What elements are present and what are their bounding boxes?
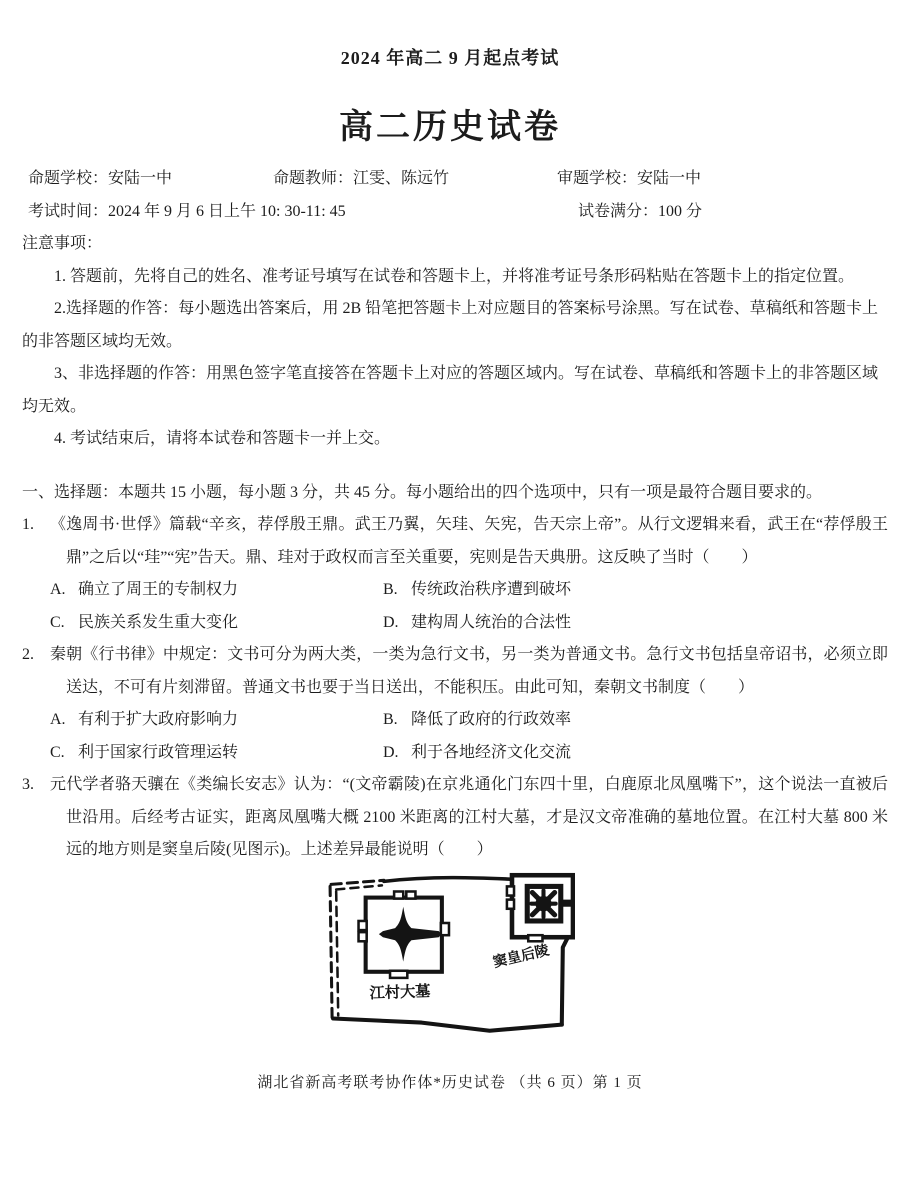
setter-teacher: 命题教师：江雯、陈远竹 bbox=[273, 162, 449, 195]
meta-row-2: 考试时间：2024 年 9 月 6 日上午 10: 30-11: 45 试卷满分… bbox=[0, 195, 900, 228]
meta-row-1: 命题学校：安陆一中 命题教师：江雯、陈远竹 审题学校：安陆一中 bbox=[0, 162, 900, 195]
option-label: C. bbox=[50, 607, 78, 640]
setter-school-value: 安陆一中 bbox=[108, 170, 172, 187]
notice-item-4: 4. 考试结束后，请将本试卷和答题卡一并上交。 bbox=[22, 423, 878, 456]
full-score-value: 100 分 bbox=[658, 203, 702, 220]
full-score-label: 试卷满分： bbox=[578, 203, 658, 220]
boundary-top-dashed bbox=[331, 880, 384, 884]
question-1-option-b: B.传统政治秩序遭到破坏 bbox=[383, 574, 900, 607]
question-2-stem: 秦朝《行书律》中规定：文书可分为两大类，一类为急行文书，另一类为普通文书。急行文… bbox=[0, 639, 888, 704]
option-text: 利于各地经济文化交流 bbox=[411, 744, 571, 761]
section-one-heading: 一、选择题：本题共 15 小题，每小题 3 分，共 45 分。每小题给出的四个选… bbox=[22, 477, 878, 510]
notice-heading: 注意事项： bbox=[22, 228, 878, 261]
jiangcun-tomb-label: 江村大墓 bbox=[368, 982, 431, 1002]
question-1-option-c: C.民族关系发生重大变化 bbox=[50, 607, 383, 640]
question-1-stem: 《逸周书·世俘》篇载“辛亥，荐俘殷王鼎。武王乃翼，矢珪、矢宪，告天宗上帝”。从行… bbox=[0, 509, 888, 574]
question-2-options: A.有利于扩大政府影响力 B.降低了政府的行政效率 C.利于国家行政管理运转 D… bbox=[50, 704, 900, 769]
review-school: 审题学校：安陆一中 bbox=[557, 162, 701, 195]
question-1-options: A.确立了周王的专制权力 B.传统政治秩序遭到破坏 C.民族关系发生重大变化 D… bbox=[50, 574, 900, 639]
notice-item-3: 3、非选择题的作答：用黑色签字笔直接答在答题卡上对应的答题区域内。写在试卷、草稿… bbox=[22, 358, 878, 423]
question-2-option-b: B.降低了政府的行政效率 bbox=[383, 704, 900, 737]
boundary-left-dashed bbox=[330, 886, 332, 1018]
paper-title: 高二历史试卷 bbox=[0, 108, 900, 148]
question-2-option-d: D.利于各地经济文化交流 bbox=[383, 737, 900, 770]
setter-teacher-value: 江雯、陈远竹 bbox=[353, 170, 449, 187]
full-score: 试卷满分：100 分 bbox=[578, 195, 702, 228]
question-1-number: 1. bbox=[22, 509, 34, 542]
option-text: 传统政治秩序遭到破坏 bbox=[411, 581, 571, 598]
option-label: B. bbox=[383, 704, 411, 737]
setter-school: 命题学校：安陆一中 bbox=[28, 162, 172, 195]
question-3-stem: 元代学者骆天骧在《类编长安志》认为：“(文帝霸陵)在京兆通化门东四十里，白鹿原北… bbox=[0, 769, 888, 867]
notice-item-2: 2.选择题的作答：每小题选出答案后，用 2B 铅笔把答题卡上对应题目的答案标号涂… bbox=[22, 293, 878, 358]
paper-body: 注意事项： 1. 答题前，先将自己的姓名、准考证号填写在试卷和答题卡上，并将准考… bbox=[0, 228, 900, 1099]
page-footer: 湖北省新高考联考协作体*历史试卷 （共 6 页）第 1 页 bbox=[0, 1067, 900, 1100]
option-text: 有利于扩大政府影响力 bbox=[78, 711, 238, 728]
paper-meta: 命题学校：安陆一中 命题教师：江雯、陈远竹 审题学校：安陆一中 考试时间：202… bbox=[0, 162, 900, 228]
question-2-number: 2. bbox=[22, 639, 34, 672]
dou-empress-tomb-label: 窦皇后陵 bbox=[491, 940, 551, 971]
question-3-number: 3. bbox=[22, 769, 34, 802]
option-label: D. bbox=[383, 607, 411, 640]
review-school-value: 安陆一中 bbox=[637, 170, 701, 187]
notice-item-1: 1. 答题前，先将自己的姓名、准考证号填写在试卷和答题卡上，并将准考证号条形码粘… bbox=[22, 261, 878, 294]
option-text: 建构周人统治的合法性 bbox=[411, 614, 571, 631]
option-label: D. bbox=[383, 737, 411, 770]
question-2-option-c: C.利于国家行政管理运转 bbox=[50, 737, 383, 770]
boundary-top-line bbox=[384, 877, 514, 881]
option-label: A. bbox=[50, 704, 78, 737]
question-1-option-a: A.确立了周王的专制权力 bbox=[50, 574, 383, 607]
exam-time-label: 考试时间： bbox=[28, 203, 108, 220]
setter-school-label: 命题学校： bbox=[28, 170, 108, 187]
setter-teacher-label: 命题教师： bbox=[273, 170, 353, 187]
option-text: 确立了周王的专制权力 bbox=[78, 581, 238, 598]
jiangcun-tomb bbox=[359, 891, 449, 977]
exam-time: 考试时间：2024 年 9 月 6 日上午 10: 30-11: 45 bbox=[28, 195, 346, 228]
question-3-tomb-map-figure: 江村大墓 窦皇后陵 bbox=[325, 872, 575, 1037]
boundary-bottom-line bbox=[333, 1018, 562, 1030]
exam-paper-page: 2024 年高二 9 月起点考试 高二历史试卷 命题学校：安陆一中 命题教师：江… bbox=[0, 0, 900, 1184]
dou-empress-tomb bbox=[507, 875, 573, 941]
question-3: 3. 元代学者骆天骧在《类编长安志》认为：“(文帝霸陵)在京兆通化门东四十里，白… bbox=[0, 769, 900, 867]
option-text: 民族关系发生重大变化 bbox=[78, 614, 238, 631]
dou-ramp bbox=[559, 899, 572, 906]
option-label: C. bbox=[50, 737, 78, 770]
option-label: B. bbox=[383, 574, 411, 607]
exam-session-title: 2024 年高二 9 月起点考试 bbox=[0, 44, 900, 70]
question-2: 2. 秦朝《行书律》中规定：文书可分为两大类，一类为急行文书，另一类为普通文书。… bbox=[0, 639, 900, 769]
option-label: A. bbox=[50, 574, 78, 607]
question-1: 1. 《逸周书·世俘》篇载“辛亥，荐俘殷王鼎。武王乃翼，矢珪、矢宪，告天宗上帝”… bbox=[0, 509, 900, 639]
review-school-label: 审题学校： bbox=[557, 170, 637, 187]
question-1-option-d: D.建构周人统治的合法性 bbox=[383, 607, 900, 640]
question-2-option-a: A.有利于扩大政府影响力 bbox=[50, 704, 383, 737]
exam-time-value: 2024 年 9 月 6 日上午 10: 30-11: 45 bbox=[108, 203, 346, 220]
option-text: 降低了政府的行政效率 bbox=[411, 711, 571, 728]
option-text: 利于国家行政管理运转 bbox=[78, 744, 238, 761]
